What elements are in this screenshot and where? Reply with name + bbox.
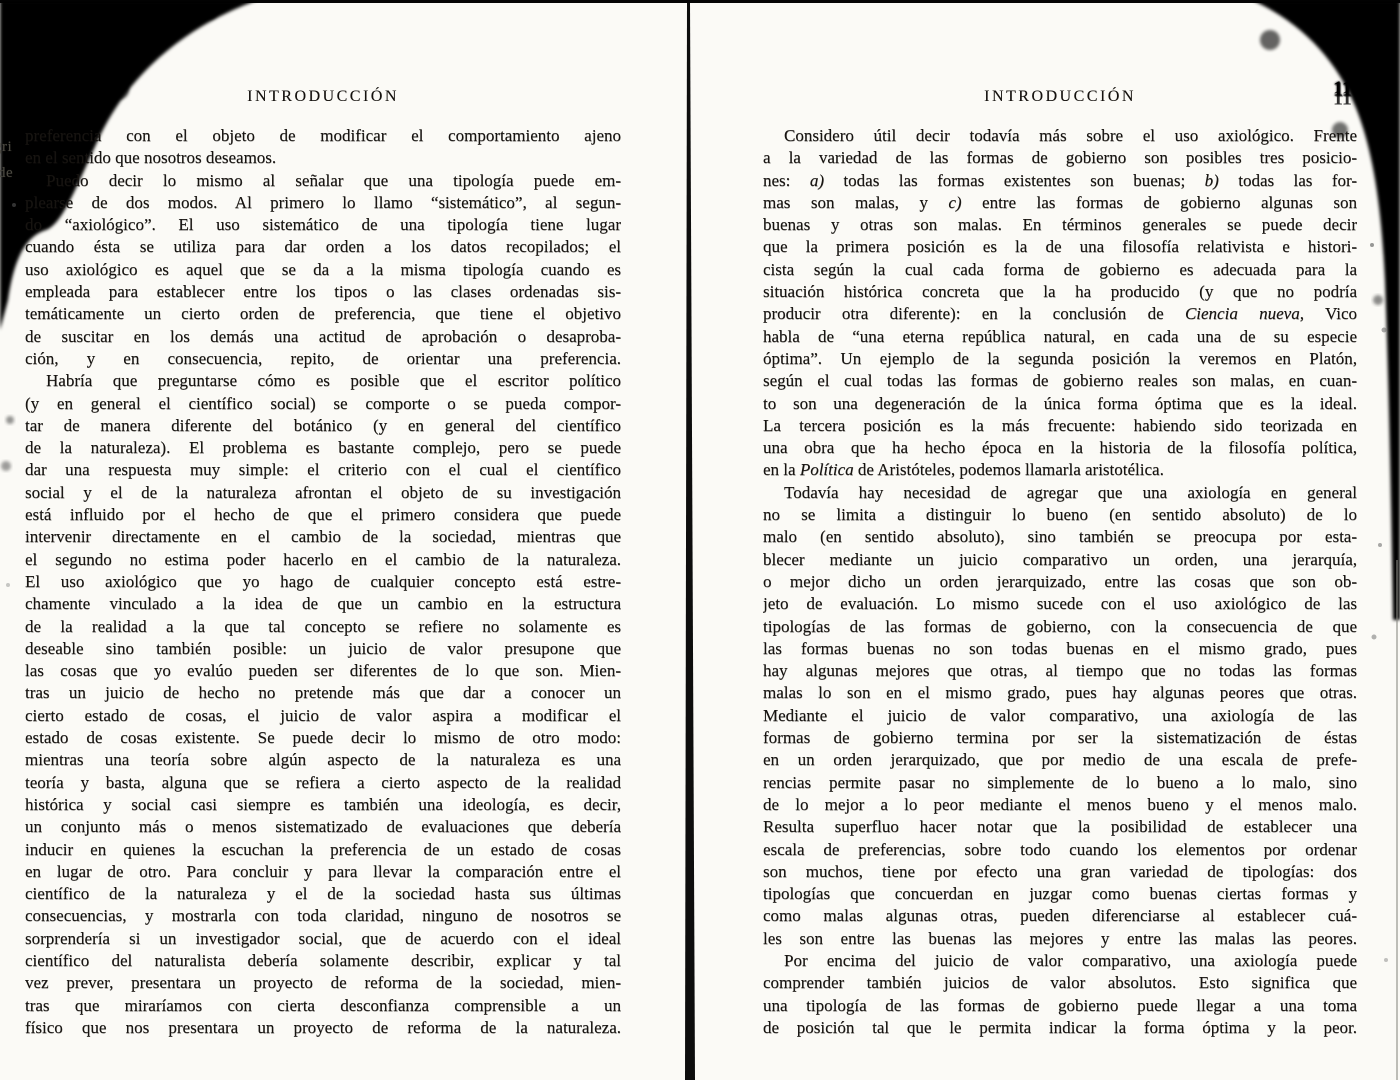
text-line: hay algunas mejores que otras, al tiempo…: [763, 660, 1357, 682]
running-title-right: INTRODUCCIÓN: [763, 88, 1357, 106]
paragraph: Considero útil decir todavía más sobre e…: [763, 125, 1357, 482]
text-line: en la Política de Aristóteles, podemos l…: [763, 459, 1357, 481]
text-line: Considero útil decir todavía más sobre e…: [763, 125, 1357, 147]
text-line: tipologías que concuerdan en juzgar como…: [763, 883, 1357, 905]
page-right-body: Considero útil decir todavía más sobre e…: [763, 125, 1357, 1039]
margin-note-fragment: de: [0, 165, 13, 182]
text-line: escala de preferencias, sobre todo cuand…: [763, 839, 1357, 861]
paragraph: preferencia con el objeto de modificar e…: [25, 125, 621, 170]
text-line: o mejor dicho un orden jerarquizado, ent…: [763, 571, 1357, 593]
text-line: en un orden jerarquizado, que por medio …: [763, 749, 1357, 771]
text-line: las formas buenas no son todas buenas en…: [763, 638, 1357, 660]
paragraph: Habría que preguntarse cómo es posible q…: [25, 370, 621, 1039]
text-line: sorprendería si un investigador social, …: [25, 928, 621, 950]
text-line: que la primera posición es la de una fil…: [763, 236, 1357, 258]
text-line: malo (en sentido absoluto), sino también…: [763, 526, 1357, 548]
text-line: según el cual todas las formas de gobier…: [763, 370, 1357, 392]
text-line: nes: a) todas las formas existentes son …: [763, 170, 1357, 192]
text-line: Mediante el juicio de valor comparativo,…: [763, 705, 1357, 727]
text-line: cista según la cual cada forma de gobier…: [763, 259, 1357, 281]
text-line: comprender también juicios de valor abso…: [763, 972, 1357, 994]
text-line: deseable sino también posible: un juicio…: [25, 638, 621, 660]
text-line: formas de gobierno termina por ser la si…: [763, 727, 1357, 749]
scan-right-edge-line: [1396, 560, 1398, 1080]
text-line: una tipología de las formas de gobierno …: [763, 995, 1357, 1017]
text-line: físico que nos presentara un proyecto de…: [25, 1017, 621, 1039]
text-line: un conjunto más o menos sistematizado de…: [25, 816, 621, 838]
text-line: rencias permite pasar no simplemente de …: [763, 772, 1357, 794]
text-line: inducir en quienes la escuchan la prefer…: [25, 839, 621, 861]
text-line: intervenir directamente en el cambio de …: [25, 526, 621, 548]
text-line: científico de la naturaleza y el de la s…: [25, 883, 621, 905]
text-line: de posición tal que le permita indicar l…: [763, 1017, 1357, 1039]
text-line: jeto de evaluación. Lo mismo sucede con …: [763, 593, 1357, 615]
text-line: situación histórica concreta que la ha p…: [763, 281, 1357, 303]
text-line: tras un juicio de hecho no pretende más …: [25, 682, 621, 704]
page-number-right: 11: [1333, 77, 1352, 101]
text-line: uso axiológico es aquel que se da a la m…: [25, 259, 621, 281]
paragraph: Todavía hay necesidad de agregar que una…: [763, 482, 1357, 950]
text-line: tar de manera diferente del botánico (y …: [25, 415, 621, 437]
text-line: son muchos, tiene por efecto una gran va…: [763, 861, 1357, 883]
margin-note-fragment: gri: [0, 139, 12, 156]
paragraph: Puedo decir lo mismo al señalar que una …: [25, 170, 621, 371]
scan-top-edge: [0, 0, 1400, 3]
text-line: una obra que ha hecho época en la histor…: [763, 437, 1357, 459]
text-line: vez prever, presentara un proyecto de re…: [25, 972, 621, 994]
text-line: ción, y en consecuencia, repito, de orie…: [25, 348, 621, 370]
text-line: mas son malas, y c) entre las formas de …: [763, 192, 1357, 214]
text-line: habla de “una eterna república natural, …: [763, 326, 1357, 348]
text-line: temáticamente un cierto orden de prefere…: [25, 303, 621, 325]
text-line: como malas algunas otras, pueden diferen…: [763, 905, 1357, 927]
text-line: Puedo decir lo mismo al señalar que una …: [25, 170, 621, 192]
text-line: de lo mejor a lo peor mediante el menos …: [763, 794, 1357, 816]
text-line: dar una respuesta muy simple: el criteri…: [25, 459, 621, 481]
text-line: producir otra diferente): en la conclusi…: [763, 303, 1357, 325]
text-line: empleada para establecer entre los tipos…: [25, 281, 621, 303]
text-line: buenas y otras son malas. En términos ge…: [763, 214, 1357, 236]
text-line: blecer mediante un juicio comparativo un…: [763, 549, 1357, 571]
text-line: de la realidad a la que tal concepto se …: [25, 616, 621, 638]
text-line: el segundo no estima poder hacerlo en el…: [25, 549, 621, 571]
text-line: cierto estado de cosas, el juicio de val…: [25, 705, 621, 727]
text-line: está influido por el hecho de que el pri…: [25, 504, 621, 526]
text-line: consecuencias, y mostrarla con toda clar…: [25, 905, 621, 927]
text-line: de la naturaleza). El problema es bastan…: [25, 437, 621, 459]
text-line: (y en general el científico social) se c…: [25, 393, 621, 415]
text-line: Resulta superfluo hacer notar que la pos…: [763, 816, 1357, 838]
text-line: no se limita a distinguir lo bueno (en s…: [763, 504, 1357, 526]
page-left-body: preferencia con el objeto de modificar e…: [25, 125, 621, 1039]
text-line: de suscitar en los demás una actitud de …: [25, 326, 621, 348]
text-line: malas lo son en el mismo grado, pues hay…: [763, 682, 1357, 704]
text-line: les son entre las buenas las mejores y e…: [763, 928, 1357, 950]
text-line: plearse de dos modos. Al primero lo llam…: [25, 192, 621, 214]
text-line: estado de cosas existente. Se puede deci…: [25, 727, 621, 749]
text-line: Todavía hay necesidad de agregar que una…: [763, 482, 1357, 504]
gutter-shadow: [685, 3, 695, 1080]
text-line: histórica y social casi siempre es tambi…: [25, 794, 621, 816]
text-line: en lugar de otro. Para concluir y para l…: [25, 861, 621, 883]
running-title-left: INTRODUCCIÓN: [25, 88, 621, 106]
text-line: las cosas que yo evalúo pueden ser difer…: [25, 660, 621, 682]
text-line: social y el de la naturaleza afrontan el…: [25, 482, 621, 504]
page-number-left: 10: [27, 85, 47, 108]
text-line: mientras una teoría sobre algún aspecto …: [25, 749, 621, 771]
paragraph: Por encima del juicio de valor comparati…: [763, 950, 1357, 1039]
text-line: chamente vinculado a la idea de que un c…: [25, 593, 621, 615]
book-scan-spread: INTRODUCCIÓN INTRODUCCIÓN 10 11 gri de p…: [0, 0, 1400, 1080]
text-line: Por encima del juicio de valor comparati…: [763, 950, 1357, 972]
text-line: teoría y basta, alguna que se refiera a …: [25, 772, 621, 794]
text-line: en el sentido que nosotros deseamos.: [25, 147, 621, 169]
text-line: científico del naturalista debería solam…: [25, 950, 621, 972]
text-line: El uso axiológico que yo hago de cualqui…: [25, 571, 621, 593]
text-line: óptima”. Un ejemplo de la segunda posici…: [763, 348, 1357, 370]
text-line: do “axiológico”. El uso sistemático de u…: [25, 214, 621, 236]
text-line: tipologías de las formas de gobierno, co…: [763, 616, 1357, 638]
text-line: cuando ésta se utiliza para dar orden a …: [25, 236, 621, 258]
text-line: a la variedad de las formas de gobierno …: [763, 147, 1357, 169]
text-line: Habría que preguntarse cómo es posible q…: [25, 370, 621, 392]
text-line: La tercera posición es la más frecuente:…: [763, 415, 1357, 437]
text-line: preferencia con el objeto de modificar e…: [25, 125, 621, 147]
text-line: tras que miraríamos con cierta desconfia…: [25, 995, 621, 1017]
text-line: to son una degeneración de la única form…: [763, 393, 1357, 415]
